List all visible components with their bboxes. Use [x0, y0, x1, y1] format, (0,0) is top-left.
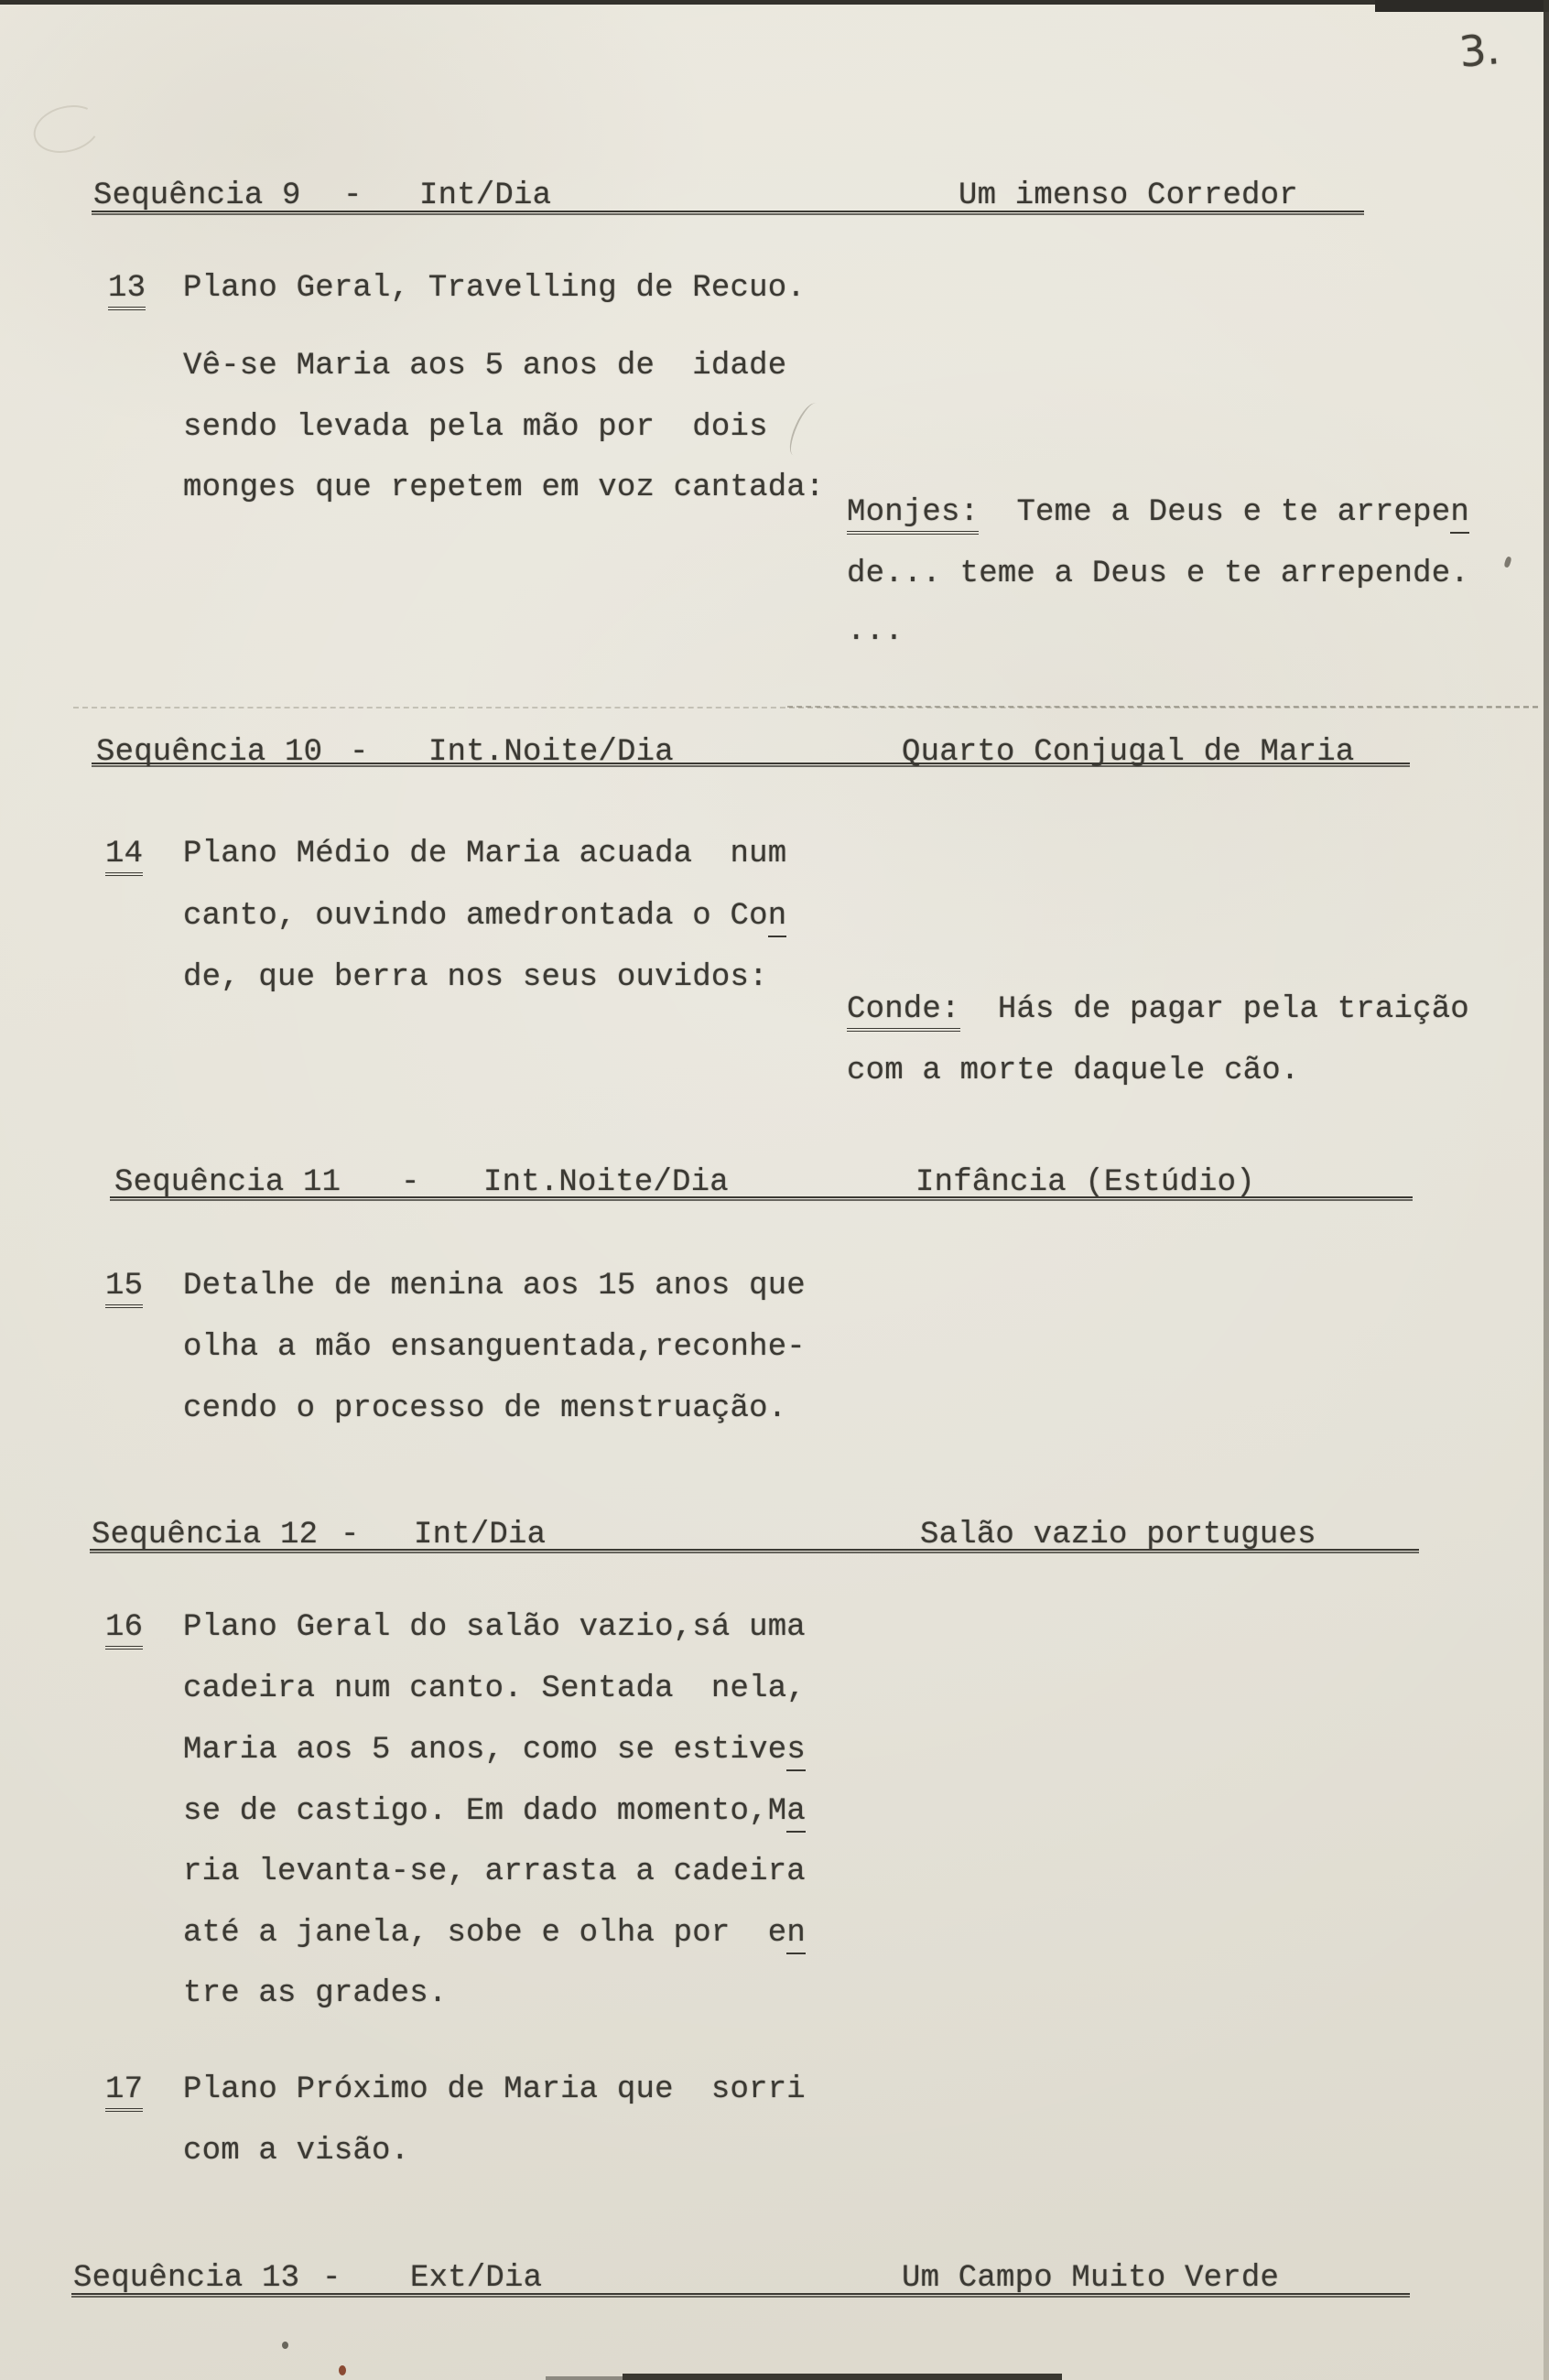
scan-edge-bottom-faint	[546, 2376, 623, 2380]
pen-scratch	[784, 399, 825, 460]
heading-underline	[92, 763, 1410, 767]
heading-seq-label: Sequência 13	[73, 2260, 299, 2297]
page-number: 3.	[1457, 24, 1501, 77]
heading-time: Int.Noite/Dia	[483, 1164, 729, 1201]
heading-location: Infância (Estúdio)	[915, 1164, 1255, 1201]
action-text: com a visão.	[183, 2134, 409, 2169]
heading-location: Um Campo Muito Verde	[902, 2260, 1279, 2297]
heading-underline	[110, 1196, 1413, 1201]
action-line: cadeira num canto. Sentada nela,	[183, 1669, 806, 1709]
script-page: 3. Sequência 9 - Int/Dia Um imenso Corre…	[0, 0, 1549, 2380]
action-line: Vê-se Maria aos 5 anos de idade	[183, 346, 786, 386]
action-line: Plano Próximo de Maria que sorri	[183, 2070, 806, 2110]
scene-number-text: 13	[108, 271, 146, 310]
action-line: tre as grades.	[183, 1974, 447, 2014]
scene-number: 15	[105, 1266, 143, 1306]
heading-seq-label: Sequência 12	[92, 1517, 318, 1553]
heading-dash: -	[401, 1164, 420, 1201]
continuation-char: s	[786, 1733, 806, 1771]
dialogue-line: com a morte daquele cão.	[847, 1051, 1299, 1091]
action-text: cendo o processo de menstruação.	[183, 1391, 786, 1426]
continuation-char: n	[768, 899, 787, 937]
dialogue-line: ...	[847, 611, 904, 652]
action-text: cadeira num canto. Sentada nela,	[183, 1671, 806, 1706]
action-text: Plano Geral, Travelling de Recuo.	[183, 271, 806, 306]
action-text: se de castigo. Em dado momento,M	[183, 1794, 786, 1829]
action-line: Maria aos 5 anos, como se estives	[183, 1730, 806, 1770]
paper-crease-line-dark	[787, 706, 1538, 708]
heading-time: Int/Dia	[419, 178, 551, 214]
ink-speck	[1503, 556, 1511, 568]
scene-number: 14	[105, 834, 143, 874]
action-line: Detalhe de menina aos 15 anos que	[183, 1266, 806, 1306]
continuation-char: n	[786, 1916, 806, 1954]
heading-dash: -	[343, 178, 363, 214]
ink-speck	[282, 2342, 288, 2349]
action-line: se de castigo. Em dado momento,Ma	[183, 1791, 806, 1832]
rust-speck	[339, 2365, 346, 2375]
action-text: monges que repetem em voz cantada:	[183, 471, 825, 505]
heading-underline	[92, 211, 1364, 215]
action-line: monges que repetem em voz cantada:	[183, 468, 825, 508]
dialogue-text: com a morte daquele cão.	[847, 1054, 1299, 1088]
action-text: Maria aos 5 anos, como se estive	[183, 1733, 786, 1768]
action-line: até a janela, sobe e olha por en	[183, 1913, 806, 1953]
action-text: Plano Próximo de Maria que sorri	[183, 2072, 806, 2107]
action-line: sendo levada pela mão por dois	[183, 407, 768, 448]
action-text: Detalhe de menina aos 15 anos que	[183, 1269, 806, 1304]
action-line: cendo o processo de menstruação.	[183, 1389, 786, 1429]
scene-number-text: 17	[105, 2072, 143, 2112]
dialogue-line: de... teme a Deus e te arrepende.	[847, 554, 1469, 594]
heading-time: Ext/Dia	[410, 2260, 542, 2297]
scan-edge-top-right	[1375, 0, 1549, 12]
dialogue-text: ...	[847, 614, 904, 649]
speaker-name: Conde:	[847, 992, 960, 1032]
action-text: ria levanta-se, arrasta a cadeira	[183, 1855, 806, 1889]
action-text: Plano Médio de Maria acuada num	[183, 837, 786, 871]
dialogue-text: Hás de pagar pela traição	[960, 992, 1469, 1027]
continuation-char: a	[786, 1794, 806, 1833]
dialogue-line: Conde: Hás de pagar pela traição	[847, 990, 1469, 1030]
action-line: de, que berra nos seus ouvidos:	[183, 957, 768, 998]
heading-location: Salão vazio portugues	[920, 1517, 1316, 1553]
scene-number-text: 15	[105, 1269, 143, 1308]
scan-edge-bottom	[623, 2374, 1062, 2380]
scene-number-text: 14	[105, 837, 143, 876]
action-text: sendo levada pela mão por dois	[183, 410, 768, 445]
dialogue-text: Teme a Deus e te arrepe	[979, 495, 1450, 530]
action-line: Plano Médio de Maria acuada num	[183, 834, 786, 874]
heading-seq-label: Sequência 9	[93, 178, 301, 214]
action-line: canto, ouvindo amedrontada o Con	[183, 896, 786, 936]
action-text: canto, ouvindo amedrontada o Co	[183, 899, 768, 934]
scene-number: 17	[105, 2070, 143, 2110]
heading-underline	[71, 2293, 1410, 2298]
heading-dash: -	[341, 1517, 360, 1553]
heading-underline	[90, 1549, 1419, 1553]
scan-edge-top	[0, 0, 1549, 5]
scene-number: 16	[105, 1607, 143, 1648]
scene-number: 13	[108, 268, 146, 308]
action-line: olha a mão ensanguentada,reconhe-	[183, 1327, 806, 1368]
heading-time: Int/Dia	[414, 1517, 546, 1553]
scan-edge-right	[1544, 0, 1549, 2380]
action-text: Plano Geral do salão vazio,sá uma	[183, 1610, 806, 1645]
dialogue-text: de... teme a Deus e te arrepende.	[847, 557, 1469, 591]
action-text: tre as grades.	[183, 1976, 447, 2011]
action-line: ria levanta-se, arrasta a cadeira	[183, 1852, 806, 1892]
action-line: Plano Geral, Travelling de Recuo.	[183, 268, 806, 308]
heading-seq-label: Sequência 11	[114, 1164, 341, 1201]
action-line: com a visão.	[183, 2131, 409, 2171]
continuation-char: n	[1450, 495, 1469, 534]
action-text: até a janela, sobe e olha por e	[183, 1916, 786, 1951]
action-text: Vê-se Maria aos 5 anos de idade	[183, 349, 786, 384]
action-line: Plano Geral do salão vazio,sá uma	[183, 1607, 806, 1648]
action-text: olha a mão ensanguentada,reconhe-	[183, 1330, 806, 1365]
scene-number-text: 16	[105, 1610, 143, 1650]
heading-dash: -	[322, 2260, 341, 2297]
heading-location: Um imenso Corredor	[959, 178, 1298, 214]
dialogue-line: Monjes: Teme a Deus e te arrepen	[847, 492, 1469, 533]
paper-smudge	[28, 98, 105, 159]
speaker-name: Monjes:	[847, 495, 979, 535]
action-text: de, que berra nos seus ouvidos:	[183, 960, 768, 995]
